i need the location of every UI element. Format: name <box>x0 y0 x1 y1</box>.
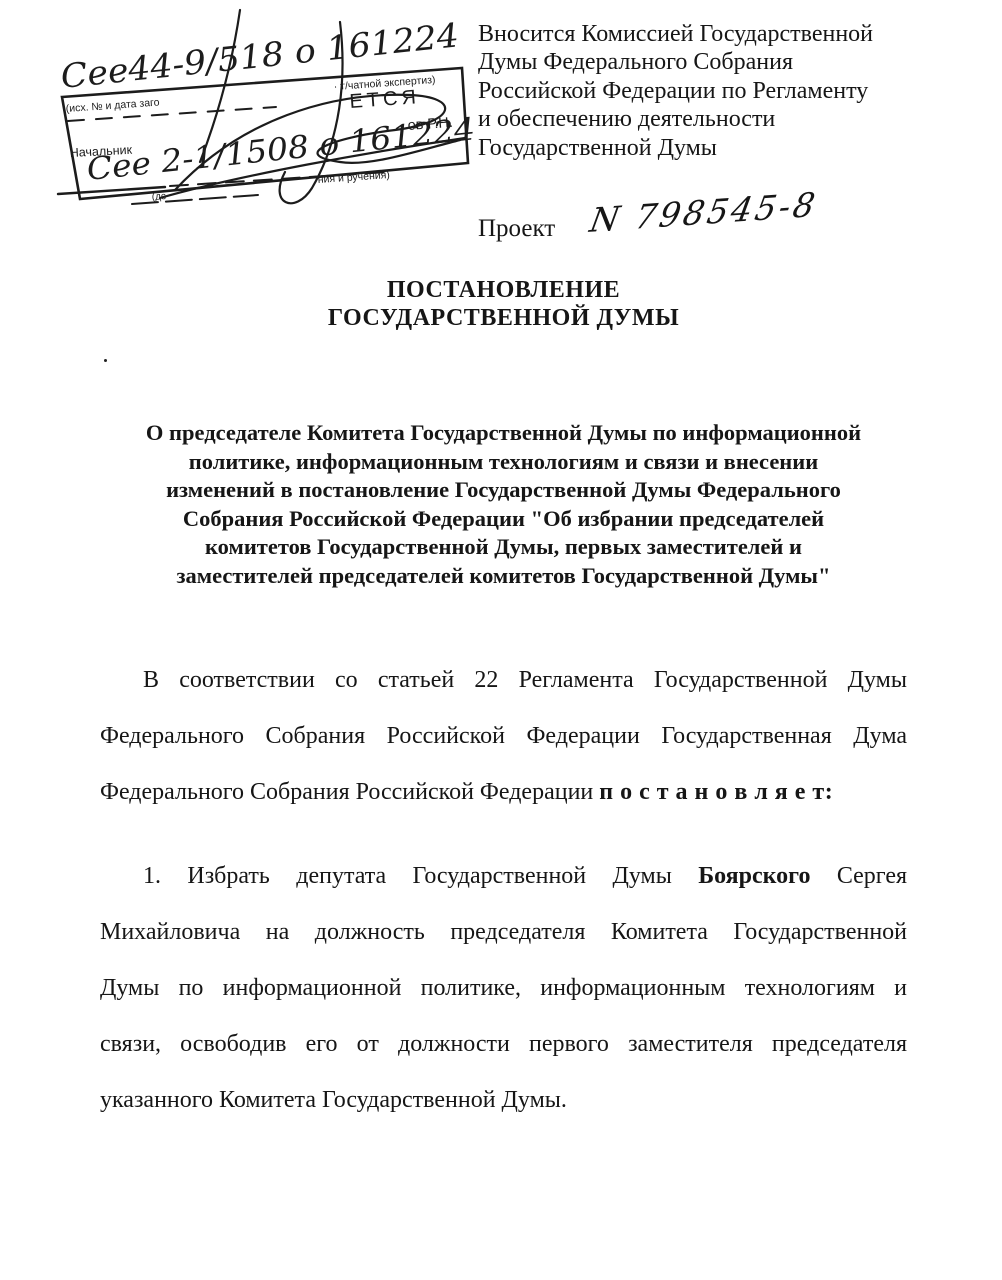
project-number-handwritten: N 798545-8 <box>587 185 821 240</box>
project-number-line: Проект N 798545-8 <box>478 205 958 244</box>
intro-line: Государственной Думы <box>478 134 898 162</box>
body-line: Федерального Собрания Российской Федерац… <box>100 764 907 820</box>
intro-line: Российской Федерации по Регламенту <box>478 77 898 105</box>
heading-line: ПОСТАНОВЛЕНИЕ <box>100 277 907 305</box>
stamp-fragment-ds: (дс <box>151 191 166 203</box>
stamp-fragment-receipt: ния и ручения) <box>317 169 390 186</box>
heading-line: ГОСУДАРСТВЕННОЙ ДУМЫ <box>100 305 907 333</box>
paragraph-item-1: 1. Избрать депутата Государственной Думы… <box>100 848 907 1128</box>
scanned-document-page: { "intro": { "lines": [ "Вносится Комисс… <box>0 0 1002 1280</box>
document-title: О председателе Комитета Государственной … <box>97 419 910 590</box>
body-line: В соответствии со статьей 22 Регламента … <box>100 652 907 708</box>
title-line: Собрания Российской Федерации "Об избран… <box>97 505 910 534</box>
title-line: О председателе Комитета Государственной … <box>97 419 910 448</box>
body-line: связи, освободив его от должности первог… <box>100 1016 907 1072</box>
intro-line: Думы Федерального Собрания <box>478 48 898 76</box>
intro-line: и обеспечению деятельности <box>478 105 898 133</box>
submitting-body-block: Вносится Комиссией Государственной Думы … <box>478 20 898 162</box>
document-heading: ПОСТАНОВЛЕНИЕ ГОСУДАРСТВЕННОЙ ДУМЫ <box>100 277 907 332</box>
paragraph-preamble: В соответствии со статьей 22 Регламента … <box>100 652 907 820</box>
project-label: Проект <box>478 215 555 242</box>
resolves-keyword: п о с т а н о в л я е т: <box>599 779 833 805</box>
body-line: указанного Комитета Государственной Думы… <box>100 1072 907 1128</box>
body-text-run: 1. Избрать депутата Государственной Думы <box>143 863 698 889</box>
body-line: Думы по информационной политике, информа… <box>100 960 907 1016</box>
body-line: Михайловича на должность председателя Ко… <box>100 904 907 960</box>
body-text-run: Федерального Собрания Российской Федерац… <box>100 779 599 805</box>
stamp-label-outgoing: (исх. № и дата заго <box>65 96 160 115</box>
title-line: заместителей председателей комитетов Гос… <box>97 562 910 591</box>
title-line: политике, информационным технологиям и с… <box>97 448 910 477</box>
deputy-surname: Боярского <box>698 863 810 889</box>
title-line: комитетов Государственной Думы, первых з… <box>97 533 910 562</box>
body-line: Федерального Собрания Российской Федерац… <box>100 708 907 764</box>
body-line: 1. Избрать депутата Государственной Думы… <box>100 848 907 904</box>
title-line: изменений в постановление Государственно… <box>97 476 910 505</box>
intro-line: Вносится Комиссией Государственной <box>478 20 898 48</box>
scan-artifact-dot <box>104 359 107 362</box>
body-text-run: Сергея <box>810 863 907 889</box>
stamp-handwritten-number-bottom: Сее 2-1/1508 о 161224 <box>85 111 477 188</box>
stamp-fragment-etsya: ЕТСЯ <box>349 86 421 113</box>
